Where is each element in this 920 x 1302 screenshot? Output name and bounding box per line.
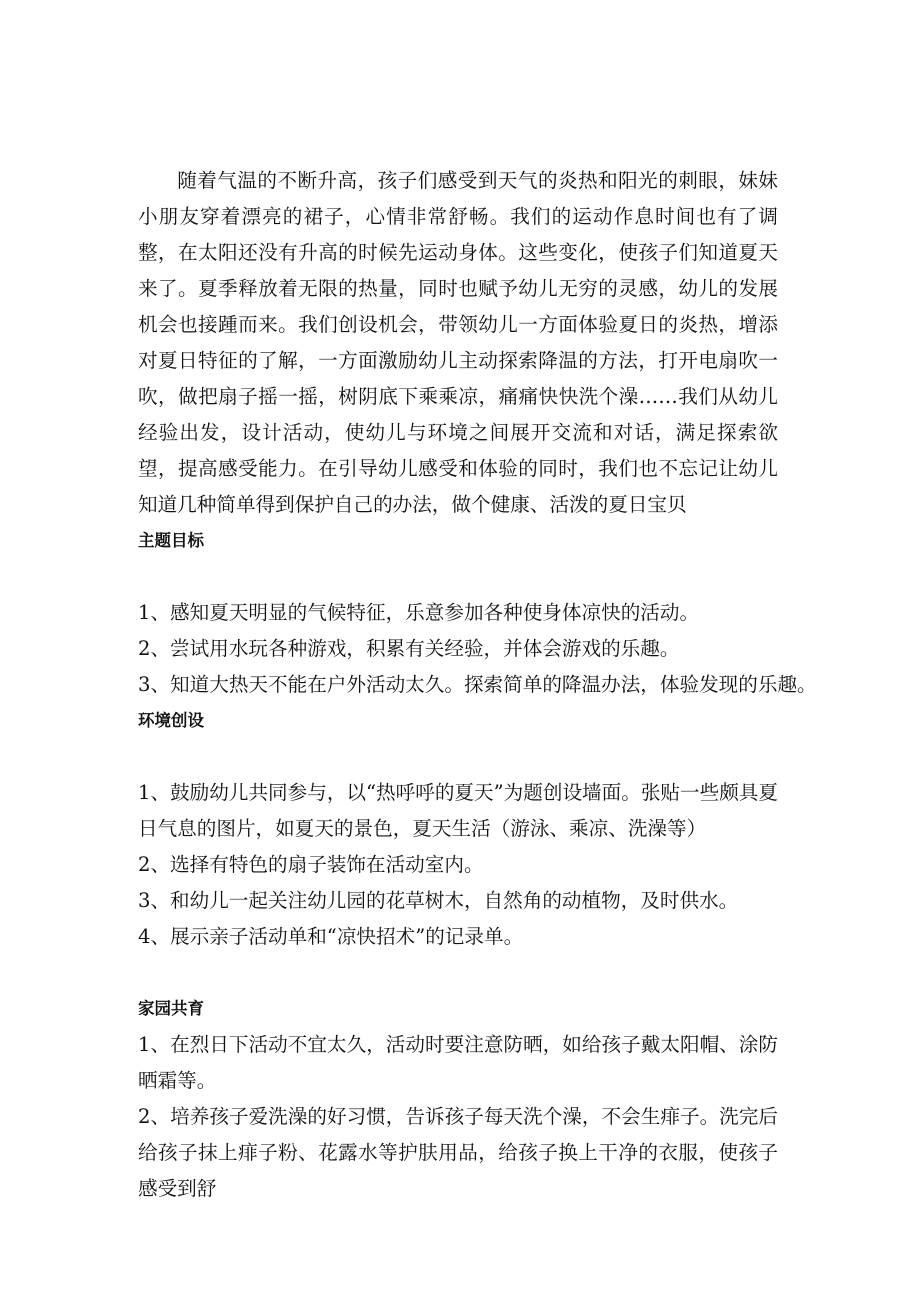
section-heading-environment: 环境创设: [138, 703, 778, 739]
document-page: 随着气温的不断升高，孩子们感受到天气的炎热和阳光的刺眼，妹妹小朋友穿着漂亮的裙子…: [138, 163, 778, 1207]
blank-line: [138, 955, 778, 991]
blank-line: [138, 739, 778, 775]
home-item: 1、在烈日下活动不宜太久，活动时要注意防晒，如给孩子戴太阳帽、涂防晒霜等。: [138, 1027, 778, 1099]
environment-item: 3、和幼儿一起关注幼儿园的花草树木，自然角的动植物，及时供水。: [138, 883, 778, 919]
goal-item: 1、感知夏天明显的气候特征，乐意参加各种使身体凉快的活动。: [138, 595, 778, 631]
blank-line: [138, 559, 778, 595]
section-heading-home: 家园共育: [138, 991, 778, 1027]
environment-item: 1、鼓励幼儿共同参与，以“热呼呼的夏天”为题创设墙面。张贴一些颇具夏日气息的图片…: [138, 775, 778, 847]
goal-item: 2、尝试用水玩各种游戏，积累有关经验，并体会游戏的乐趣。: [138, 631, 778, 667]
goal-item: 3、知道大热天不能在户外活动太久。探索简单的降温办法，体验发现的乐趣。: [138, 667, 778, 703]
section-heading-goals: 主题目标: [138, 523, 778, 559]
intro-paragraph: 随着气温的不断升高，孩子们感受到天气的炎热和阳光的刺眼，妹妹小朋友穿着漂亮的裙子…: [138, 163, 778, 523]
home-item: 2、培养孩子爱洗澡的好习惯，告诉孩子每天洗个澡，不会生痱子。洗完后给孩子抹上痱子…: [138, 1099, 778, 1207]
environment-item: 2、选择有特色的扇子装饰在活动室内。: [138, 847, 778, 883]
environment-item: 4、展示亲子活动单和“凉快招术”的记录单。: [138, 919, 778, 955]
